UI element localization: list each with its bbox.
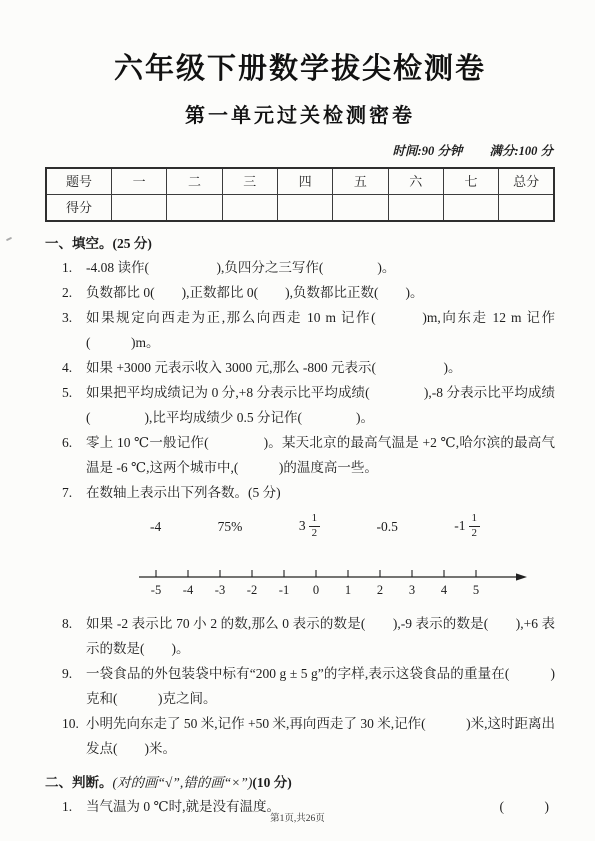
fraction-whole: 3 <box>299 518 306 533</box>
question-text: 如果把平均成绩记为 0 分,+8 分表示比平均成绩( ),-8 分表示比平均成绩… <box>86 380 555 430</box>
full-score-label: 满分:100 分 <box>489 144 553 158</box>
fraction-numerator: 1 <box>469 513 481 527</box>
score-table: 题号 一 二 三 四 五 六 七 总分 得分 <box>45 167 555 222</box>
numberline-value: 75% <box>218 514 243 539</box>
fill-question-4: 4. 如果 +3000 元表示收入 3000 元,那么 -800 元表示( )。 <box>45 355 555 380</box>
fill-question-1: 1. -4.08 读作( ),负四分之三写作( )。 <box>45 255 555 280</box>
section-fill-heading: 一、填空。(25 分) <box>45 232 555 255</box>
fraction-whole: -1 <box>454 518 465 533</box>
question-number: 3. <box>62 305 86 355</box>
section-judge-heading-score: (10 分) <box>252 775 291 790</box>
svg-text:3: 3 <box>409 583 415 597</box>
score-cell <box>112 195 167 222</box>
question-number: 7. <box>62 480 86 505</box>
question-number: 1. <box>62 255 86 280</box>
fill-question-10: 10. 小明先向东走了 50 米,记作 +50 米,再向西走了 30 米,记作(… <box>45 711 555 761</box>
page-footer: 第1页,共26页 <box>0 813 595 825</box>
numberline-value-mixed-fraction: -112 <box>454 513 480 539</box>
score-cell <box>443 195 498 222</box>
fraction-denominator: 2 <box>469 527 481 540</box>
score-row-label: 得分 <box>46 195 112 222</box>
question-number: 4. <box>62 355 86 380</box>
svg-text:-3: -3 <box>215 583 225 597</box>
score-table-col-header: 二 <box>167 168 222 195</box>
score-table-header-row: 题号 一 二 三 四 五 六 七 总分 <box>46 168 554 195</box>
svg-text:-1: -1 <box>279 583 289 597</box>
svg-text:4: 4 <box>441 583 448 597</box>
score-table-col-header: 总分 <box>499 168 554 195</box>
fill-question-2: 2. 负数都比 0( ),正数都比 0( ),负数都比正数( )。 <box>45 280 555 305</box>
score-cell <box>167 195 222 222</box>
section-judge-heading: 二、判断。(对的画“√”,错的画“×”)(10 分) <box>45 771 555 794</box>
fill-question-9: 9. 一袋食品的外包装袋中标有“200 g ± 5 g”的字样,表示这袋食品的重… <box>45 661 555 711</box>
svg-text:-2: -2 <box>247 583 257 597</box>
section-judge-heading-main: 二、判断。 <box>45 775 113 790</box>
score-cell <box>499 195 554 222</box>
fill-question-8: 8. 如果 -2 表示比 70 小 2 的数,那么 0 表示的数是( ),-9 … <box>45 611 555 661</box>
question-number: 2. <box>62 280 86 305</box>
numberline-values-row: -4 75% 312 -0.5 -112 <box>150 509 480 543</box>
question-text: 一袋食品的外包装袋中标有“200 g ± 5 g”的字样,表示这袋食品的重量在(… <box>86 661 555 711</box>
score-table-score-row: 得分 <box>46 195 554 222</box>
score-table-col-header: 四 <box>277 168 332 195</box>
question-text: 如果 +3000 元表示收入 3000 元,那么 -800 元表示( )。 <box>86 355 555 380</box>
question-text: 小明先向东走了 50 米,记作 +50 米,再向西走了 30 米,记作( )米,… <box>86 711 555 761</box>
score-table-col-header: 五 <box>333 168 388 195</box>
score-table-col-header: 三 <box>222 168 277 195</box>
fill-question-3: 3. 如果规定向西走为正,那么向西走 10 m 记作( )m,向东走 12 m … <box>45 305 555 355</box>
fraction: 12 <box>309 513 321 539</box>
fraction: 12 <box>469 513 481 539</box>
question-text: 在数轴上表示出下列各数。(5 分) <box>86 480 555 505</box>
svg-text:5: 5 <box>473 583 479 597</box>
fraction-denominator: 2 <box>309 527 321 540</box>
svg-text:-5: -5 <box>151 583 161 597</box>
question-number: 6. <box>62 430 86 480</box>
question-text: 如果 -2 表示比 70 小 2 的数,那么 0 表示的数是( ),-9 表示的… <box>86 611 555 661</box>
svg-text:1: 1 <box>345 583 351 597</box>
score-table-col-header: 七 <box>443 168 498 195</box>
svg-text:-4: -4 <box>183 583 194 597</box>
score-table-col-header: 题号 <box>46 168 112 195</box>
fill-question-6: 6. 零上 10 ℃一般记作( )。某天北京的最高气温是 +2 ℃,哈尔滨的最高… <box>45 430 555 480</box>
fill-question-5: 5. 如果把平均成绩记为 0 分,+8 分表示比平均成绩( ),-8 分表示比平… <box>45 380 555 430</box>
paper-subtitle: 第一单元过关检测密卷 <box>45 103 555 129</box>
score-cell <box>388 195 443 222</box>
question-text: 如果规定向西走为正,那么向西走 10 m 记作( )m,向东走 12 m 记作(… <box>86 305 555 355</box>
score-table-col-header: 六 <box>388 168 443 195</box>
svg-text:0: 0 <box>313 583 319 597</box>
number-line-svg: -5-4-3-2-1012345 <box>139 563 531 607</box>
number-line-figure: -5-4-3-2-1012345 <box>139 563 555 609</box>
svg-text:2: 2 <box>377 583 383 597</box>
question-number: 5. <box>62 380 86 430</box>
paper-title: 六年级下册数学拔尖检测卷 <box>45 52 555 86</box>
section-judge-heading-note: (对的画“√”,错的画“×”) <box>113 775 253 790</box>
numberline-value: -0.5 <box>376 514 397 539</box>
question-text: 负数都比 0( ),正数都比 0( ),负数都比正数( )。 <box>86 280 555 305</box>
fraction-numerator: 1 <box>309 513 321 527</box>
fill-question-7: 7. 在数轴上表示出下列各数。(5 分) <box>45 480 555 505</box>
numberline-value-mixed-fraction: 312 <box>299 513 320 539</box>
question-number: 8. <box>62 611 86 661</box>
score-cell <box>333 195 388 222</box>
question-text: -4.08 读作( ),负四分之三写作( )。 <box>86 255 555 280</box>
score-cell <box>277 195 332 222</box>
time-limit-label: 时间:90 分钟 <box>393 144 463 158</box>
score-cell <box>222 195 277 222</box>
scan-artifact-mark <box>6 237 12 241</box>
test-paper-page: 六年级下册数学拔尖检测卷 第一单元过关检测密卷 时间:90 分钟 满分:100 … <box>0 0 595 841</box>
question-number: 10. <box>62 711 86 761</box>
question-text: 零上 10 ℃一般记作( )。某天北京的最高气温是 +2 ℃,哈尔滨的最高气温是… <box>86 430 555 480</box>
score-table-col-header: 一 <box>112 168 167 195</box>
numberline-value: -4 <box>150 514 161 539</box>
paper-meta: 时间:90 分钟 满分:100 分 <box>45 143 555 159</box>
question-number: 9. <box>62 661 86 711</box>
